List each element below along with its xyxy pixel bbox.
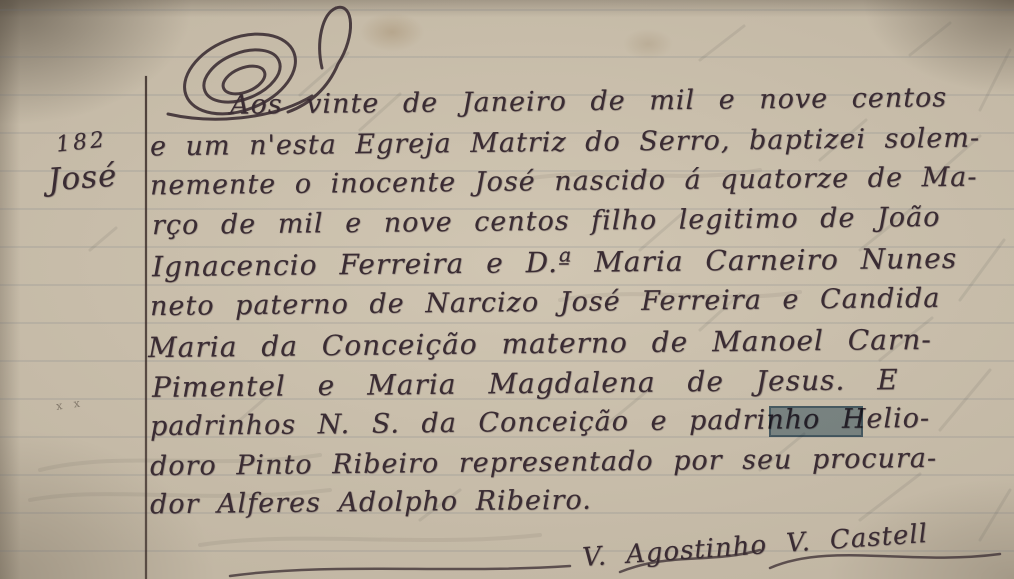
margin-rule-line (145, 76, 147, 579)
record-line: Aos vinte de Janeiro de mil e nove cento… (230, 82, 947, 121)
record-line: Ignacencio Ferreira e D.ª Maria Carneiro… (152, 242, 957, 283)
bottom-flourish (150, 548, 1010, 579)
record-number: 182 (55, 127, 108, 157)
record-line: Pimentel e Maria Magdalena de Jesus. E (152, 363, 899, 404)
pencil-mark: x x (55, 396, 84, 413)
record-name: José (47, 158, 119, 199)
highlight-overlay (769, 406, 863, 437)
record-line: nemente o inocente José nascido á quator… (150, 162, 978, 202)
record-line: Maria da Conceição materno de Manoel Car… (148, 323, 932, 364)
record-line: rço de mil e nove centos filho legitimo … (152, 202, 941, 241)
record-line: doro Pinto Ribeiro representado por seu … (150, 443, 937, 482)
record-line: e um n'esta Egreja Matriz do Serro, bapt… (150, 123, 980, 163)
record-line: dor Alferes Adolpho Ribeiro. (150, 485, 592, 521)
scanned-baptismal-record-page: 182 José x x Aos vinte de Janeiro de mil… (0, 0, 1014, 579)
record-line: neto paterno de Narcizo José Ferreira e … (150, 283, 941, 322)
priest-signature: V. Agostinho V. Castell (581, 519, 929, 573)
